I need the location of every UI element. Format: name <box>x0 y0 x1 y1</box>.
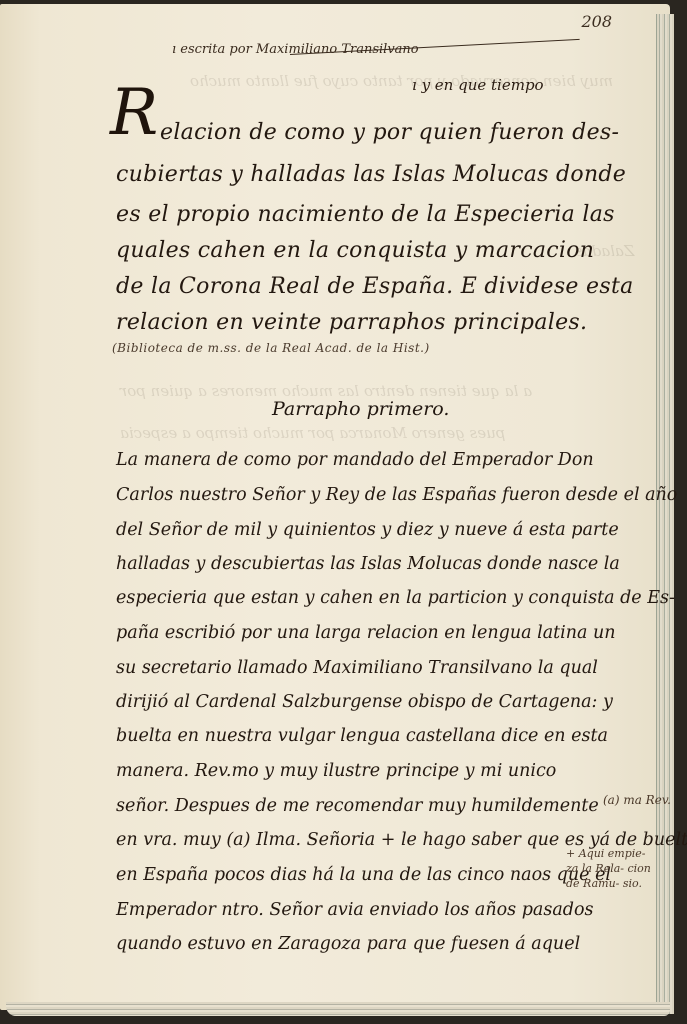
body-line: señor. Despues de me recomendar muy humi… <box>116 796 599 816</box>
page-stack-right-edge <box>656 14 674 1014</box>
folio-number: 208 <box>581 12 612 31</box>
bleed-through-text: pues genero Monarca por mucho tiempo a e… <box>120 424 505 442</box>
body-line: paña escribió por una larga relacion en … <box>116 623 616 643</box>
body-line: halladas y descubiertas las Islas Moluca… <box>116 554 620 574</box>
body-line: del Señor de mil y quinientos y diez y n… <box>116 520 619 540</box>
section-heading: Parrapho primero. <box>272 398 449 420</box>
margin-note-a: (a) ma Rev. <box>603 792 673 808</box>
body-line: manera. Rev.mo y muy ilustre principe y … <box>116 761 556 781</box>
body-line: su secretario llamado Maximiliano Transi… <box>116 658 598 678</box>
body-line: quando estuvo en Zaragoza para que fuese… <box>116 934 580 954</box>
body-line: especieria que estan y cahen en la parti… <box>116 588 675 608</box>
library-reference-note: (Biblioteca de m.ss. de la Real Acad. de… <box>112 341 430 355</box>
body-line: La manera de como por mandado del Empera… <box>116 450 594 470</box>
body-line: en España pocos dias há la una de las ci… <box>116 865 611 885</box>
body-line: Carlos nuestro Señor y Rey de las España… <box>116 485 677 505</box>
body-line: Emperador ntro. Señor avia enviado los a… <box>116 900 593 920</box>
drop-cap: R <box>110 76 158 150</box>
title-line: quales cahen en la conquista y marcacion <box>116 238 594 263</box>
body-line: dirijió al Cardenal Salzburgense obispo … <box>116 692 613 712</box>
page-stack-bottom-edge <box>6 1002 670 1016</box>
title-line: cubiertas y halladas las Islas Molucas d… <box>116 162 626 187</box>
title-line: es el propio nacimiento de la Especieria… <box>116 202 615 227</box>
title-insertion: ı y en que tiempo <box>412 76 544 94</box>
title-line: de la Corona Real de España. E dividese … <box>116 274 634 299</box>
title-line: elacion de como y por quien fueron des- <box>160 120 619 145</box>
title-line: relacion en veinte parraphos principales… <box>116 310 587 335</box>
margin-note-plus: + Aqui empie- za la Rela- cion de Ramu- … <box>566 846 656 891</box>
bleed-through-text: muy bien conservado y por tanto cuyo fue… <box>190 72 613 90</box>
manuscript-page: muy bien conservado y por tanto cuyo fue… <box>0 4 670 1010</box>
body-line: buelta en nuestra vulgar lengua castella… <box>116 726 608 746</box>
